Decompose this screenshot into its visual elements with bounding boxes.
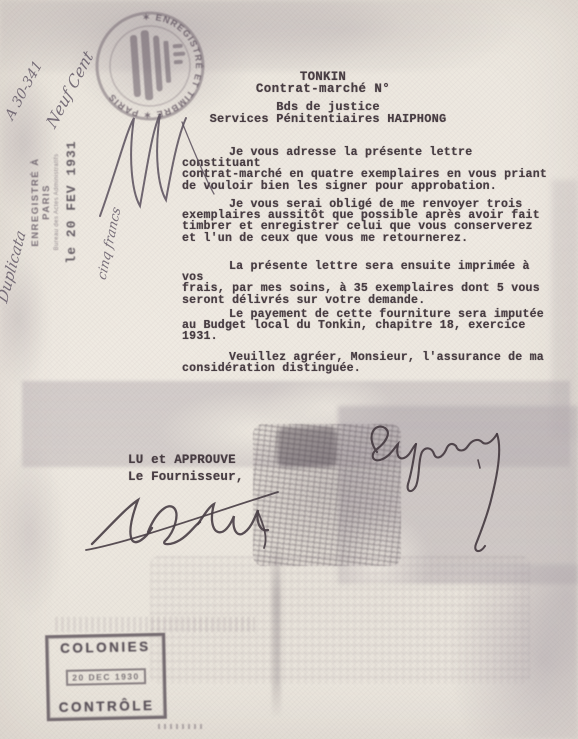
scanned-letter-page: ✶ ENREGISTRÉ ET TIMBRÉ ✶ PARIS ENREGISTR… <box>0 0 578 739</box>
approval-line-1: LU et APPROUVE <box>128 452 236 468</box>
paper-stain-bottom-right <box>436 564 578 739</box>
paper-stain-right-edge <box>552 180 578 440</box>
control-stamp-top-text: COLONIES <box>60 639 151 656</box>
margin-flourish-signature <box>82 88 222 238</box>
control-stamp-date: 20 DEC 1930 <box>66 668 146 686</box>
paragraph-1: Je vous adresse la présente lettre const… <box>182 147 554 192</box>
bleed-through-dotted-row <box>158 724 204 729</box>
supplier-signature <box>82 482 282 557</box>
paragraph-5: Veuillez agréer, Monsieur, l'assurance d… <box>182 352 554 374</box>
bleed-through-text-ghost-small <box>55 617 255 632</box>
registration-stamp-date: le 20 FEV 1931 <box>64 138 79 266</box>
bleed-through-text-ghost <box>150 556 530 684</box>
paragraph-3: La présente lettre sera ensuite imprimée… <box>182 261 554 306</box>
bleed-through-vertical-streak <box>272 544 281 716</box>
department-line-2: Services Pénitentiaires HAIPHONG <box>178 114 478 126</box>
registration-stamp-bureau: Bureau des Actes Administratifs <box>54 138 60 266</box>
contract-number-line: Contrat-marché N° <box>183 83 463 95</box>
control-stamp-bottom-text: CONTRÔLE <box>59 698 155 715</box>
official-signature <box>352 412 577 562</box>
control-stamp: COLONIES 20 DEC 1930 CONTRÔLE <box>45 633 167 721</box>
paper-stain-center-blotch-core <box>277 427 337 467</box>
paragraph-4: Le payement de cette fourniture sera imp… <box>182 309 554 343</box>
paragraph-2: Je vous serai obligé de me renvoyer troi… <box>182 199 554 244</box>
